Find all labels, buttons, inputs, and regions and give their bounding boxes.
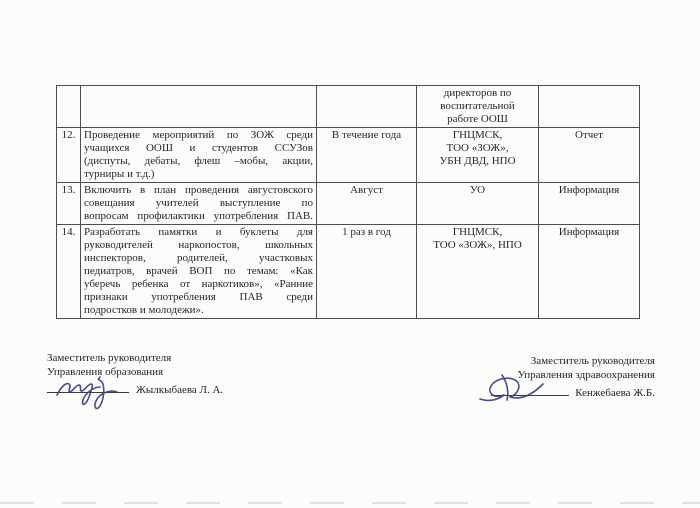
action-plan-table: директоров по воспитательной работе ООШ … [56, 85, 640, 319]
responsible-line: ГНЦМСК, [420, 226, 535, 239]
cell-timing [317, 86, 417, 128]
responsible-line: воспитательной [420, 100, 535, 113]
activity-line: признаки употребления ПАВ среди [84, 291, 313, 304]
cell-number: 12. [57, 128, 81, 183]
signatory-title-line: Заместитель руководителя [450, 355, 655, 369]
cell-number: 14. [57, 225, 81, 319]
activity-line: турниры и т.д.) [84, 168, 313, 181]
cell-timing: Август [317, 183, 417, 225]
responsible-line: ТОО «ЗОЖ», [420, 142, 535, 155]
activity-line: подростков и молодежи». [84, 304, 313, 317]
handwritten-signature-icon [477, 371, 551, 409]
cell-number: 13. [57, 183, 81, 225]
cell-result: Информация [539, 183, 640, 225]
activity-line: (диспуты, дебаты, флеш –мобы, акции, [84, 155, 313, 168]
handwritten-signature-icon [53, 369, 125, 415]
signatory-title-line: Заместитель руководителя [47, 352, 262, 366]
cell-timing: В течение года [317, 128, 417, 183]
scan-edge-artifact [0, 502, 700, 504]
cell-activity [81, 86, 317, 128]
table-row: 14. Разработать памятки и буклеты для ру… [57, 225, 640, 319]
cell-activity: Проведение мероприятий по ЗОЖ среди учащ… [81, 128, 317, 183]
cell-responsible: УО [417, 183, 539, 225]
activity-line: руководителей наркопостов, школьных [84, 239, 313, 252]
activity-line: Разработать памятки и буклеты для [84, 226, 313, 239]
cell-responsible: директоров по воспитательной работе ООШ [417, 86, 539, 128]
signatory-name: Кенжебаева Ж.Б. [575, 387, 655, 399]
activity-line: инспекторов, родителей, участковых [84, 252, 313, 265]
cell-result [539, 86, 640, 128]
cell-result: Информация [539, 225, 640, 319]
activity-line: Включить в план проведения августовского [84, 184, 313, 197]
activity-line: педиатров, врачей ВОП по темам: «Как [84, 265, 313, 278]
cell-responsible: ГНЦМСК, ТОО «ЗОЖ», НПО [417, 225, 539, 319]
activity-line: совещания учителей выступление по [84, 197, 313, 210]
activity-line: учащихся ООШ и студентов ССУЗов [84, 142, 313, 155]
cell-activity: Разработать памятки и буклеты для руково… [81, 225, 317, 319]
table-row: 12. Проведение мероприятий по ЗОЖ среди … [57, 128, 640, 183]
cell-responsible: ГНЦМСК, ТОО «ЗОЖ», УБН ДВД, НПО [417, 128, 539, 183]
cell-number [57, 86, 81, 128]
responsible-line: работе ООШ [420, 113, 535, 126]
activity-line: уберечь ребенка от наркотиков», «Ранние [84, 278, 313, 291]
responsible-line: ТОО «ЗОЖ», НПО [420, 239, 535, 252]
cell-result: Отчет [539, 128, 640, 183]
cell-activity: Включить в план проведения августовского… [81, 183, 317, 225]
responsible-line: ГНЦМСК, [420, 129, 535, 142]
activity-line: вопросам профилактики употребления ПАВ. [84, 210, 313, 223]
table-row-carryover: директоров по воспитательной работе ООШ [57, 86, 640, 128]
responsible-line: УБН ДВД, НПО [420, 155, 535, 168]
responsible-line: УО [420, 184, 535, 197]
cell-timing: 1 раз в год [317, 225, 417, 319]
responsible-line: директоров по [420, 87, 535, 100]
signatory-name: Жылкыбаева Л. А. [136, 384, 223, 396]
table-row: 13. Включить в план проведения августовс… [57, 183, 640, 225]
scanned-document-page: директоров по воспитательной работе ООШ … [0, 0, 700, 508]
activity-line: Проведение мероприятий по ЗОЖ среди [84, 129, 313, 142]
